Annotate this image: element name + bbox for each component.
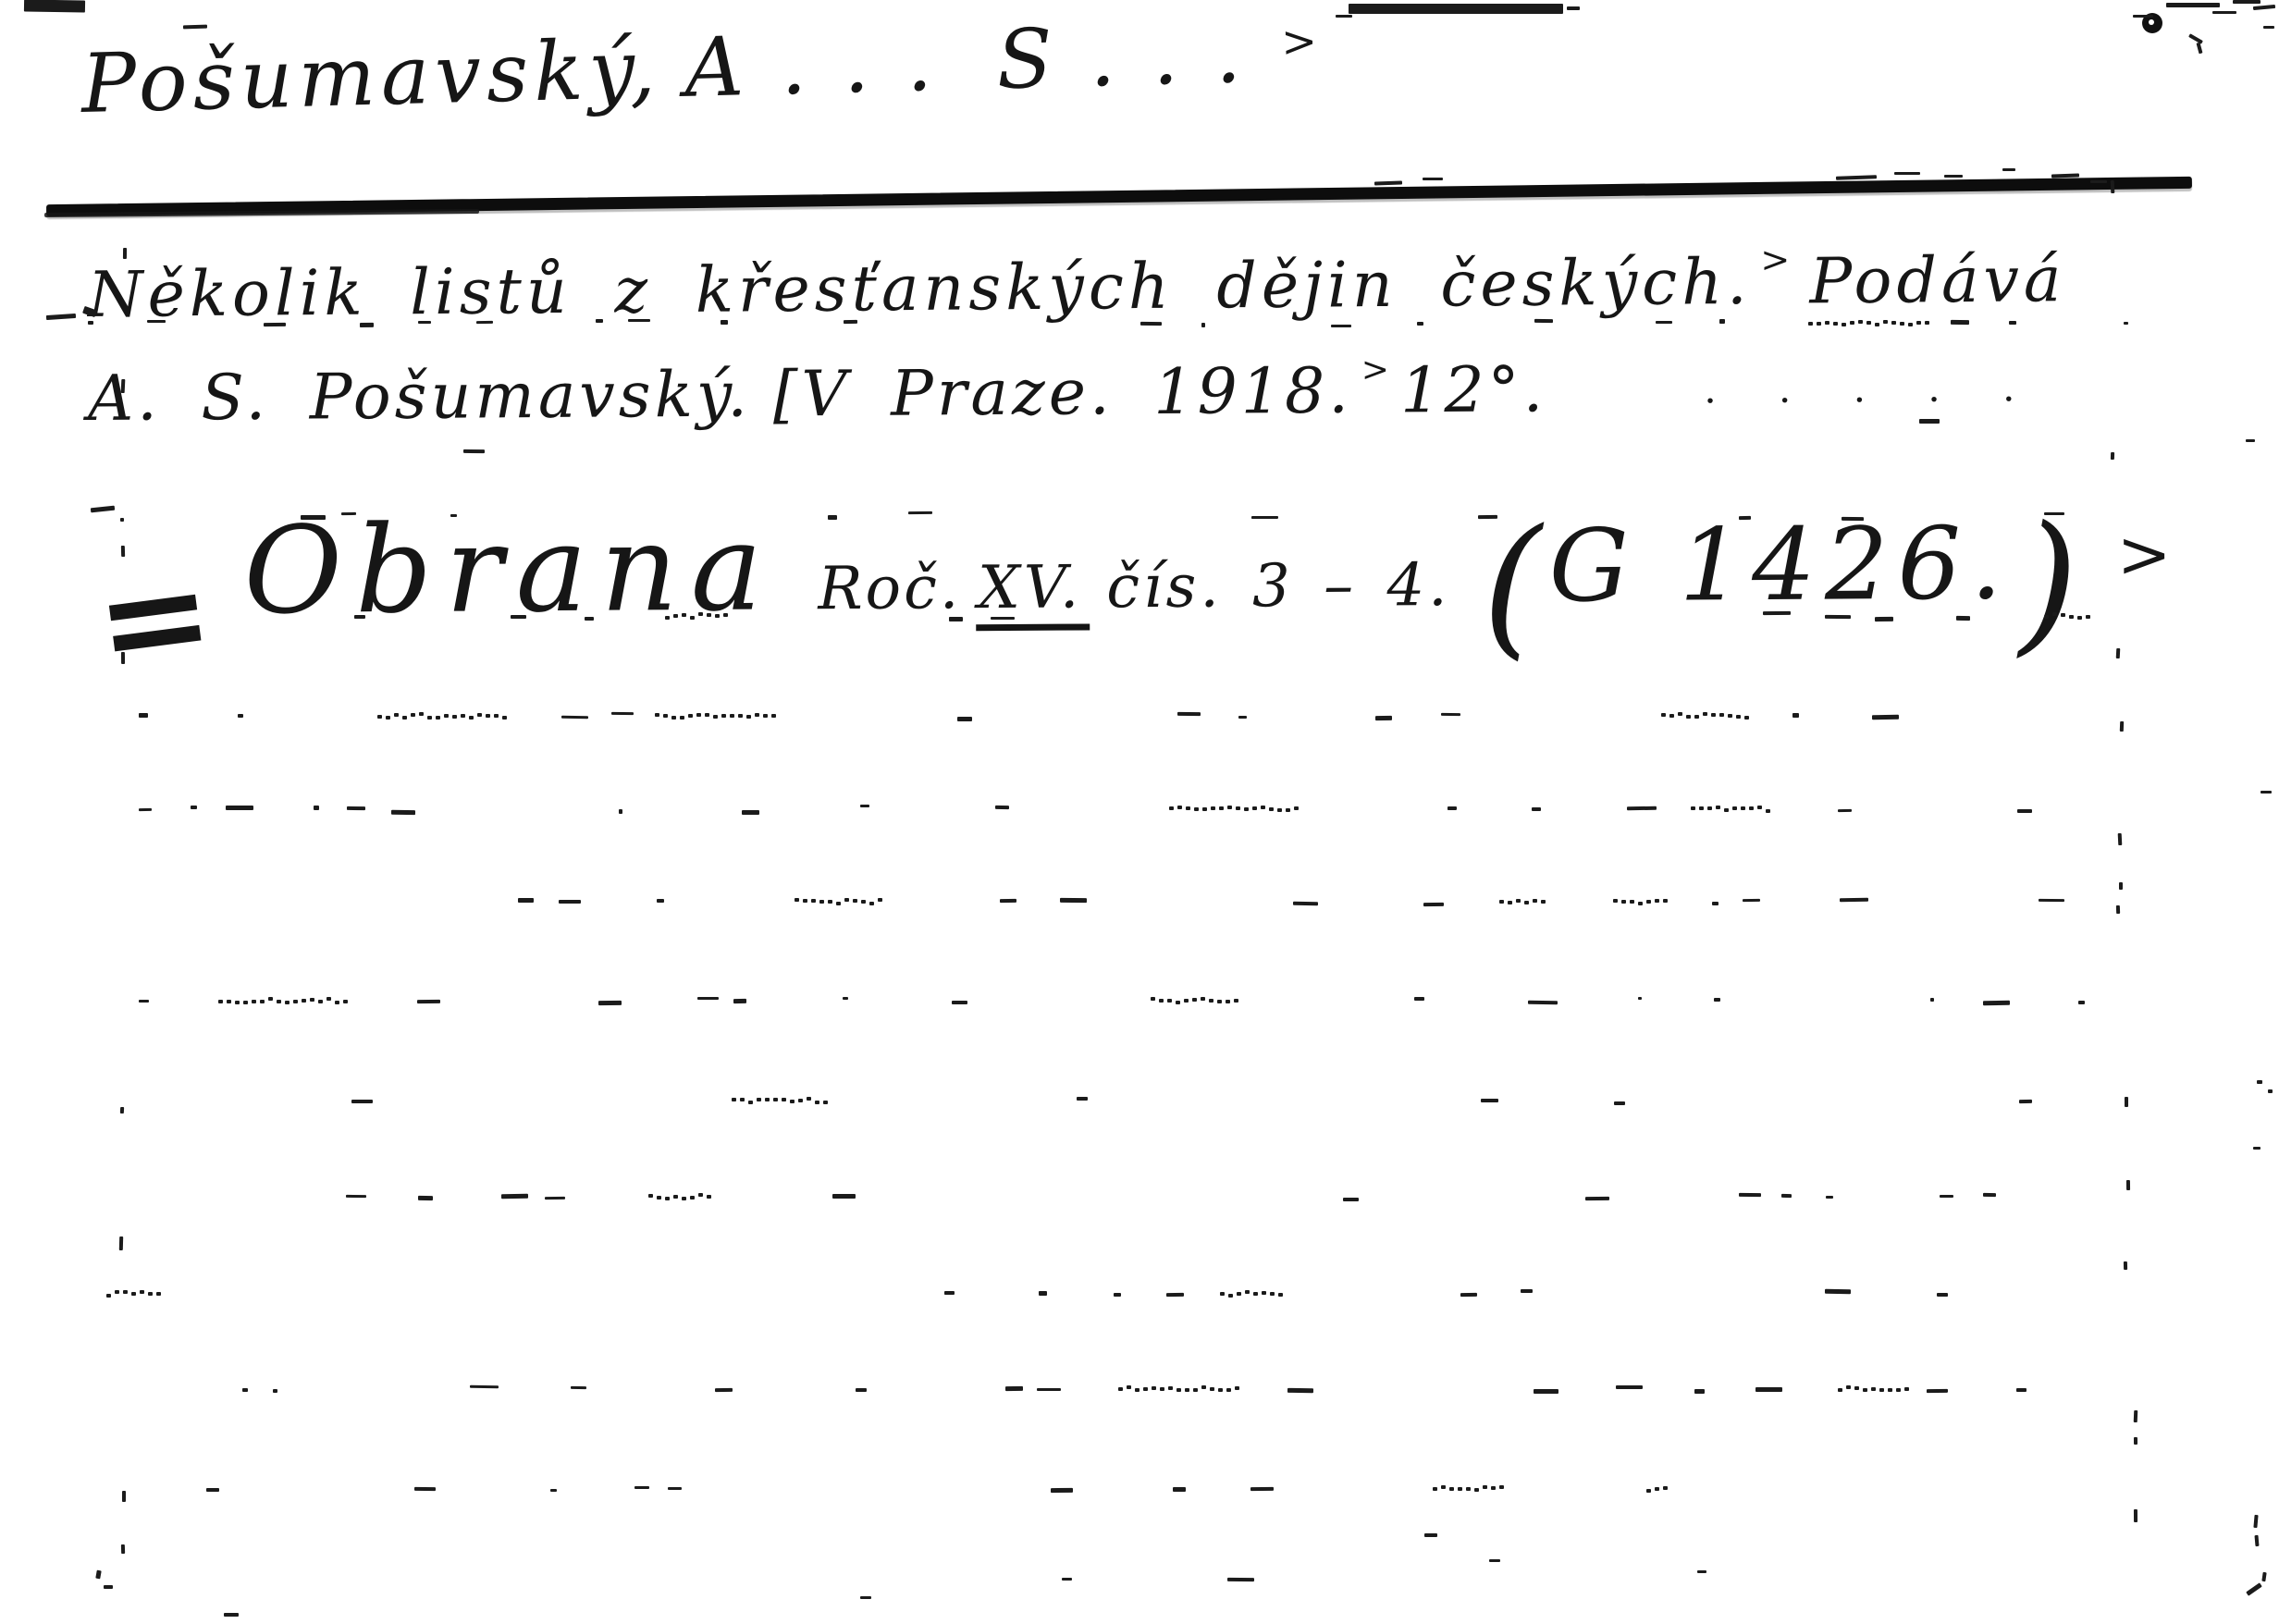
scan-dash [444, 714, 449, 718]
scan-dash [120, 1106, 124, 1113]
scan-dash [2090, 180, 2107, 183]
scan-dash [1251, 515, 1278, 518]
scan-dash [139, 999, 149, 1002]
scan-dash [1417, 321, 1423, 325]
scan-dash [1508, 901, 1512, 904]
scan-dash [1168, 1386, 1173, 1390]
scan-dash [123, 1290, 128, 1294]
scan-dash [120, 379, 125, 393]
scan-dash [1201, 997, 1205, 1001]
scan-dash [861, 900, 866, 904]
scan-dash [1842, 323, 1846, 326]
scan-dash [828, 900, 832, 904]
scan-dash [121, 1544, 125, 1554]
scan-dash [673, 1195, 678, 1199]
scan-dash [1904, 1387, 1909, 1391]
scan-dash [477, 713, 482, 717]
scan-dash [1567, 6, 1580, 10]
title-insert-mark: > [1760, 240, 1794, 280]
scan-dash [757, 1098, 761, 1101]
scan-dash [1744, 716, 1749, 720]
scan-dash [301, 515, 326, 520]
scan-dash [657, 1196, 661, 1200]
scan-dash [511, 615, 526, 619]
scan-dash [1441, 713, 1460, 716]
scan-dash [2261, 791, 2272, 794]
scan-dash [486, 714, 490, 718]
scan-dash [1262, 1291, 1266, 1295]
scan-dash [1077, 1097, 1088, 1101]
scan-dash [1160, 1387, 1164, 1391]
scan-dash [156, 1292, 161, 1296]
scan-dash [723, 613, 728, 617]
scan-dash [2002, 168, 2015, 171]
scan-dash [1678, 712, 1682, 716]
scan-dash [218, 1000, 223, 1003]
scan-dash [1252, 806, 1257, 810]
scan-dash [596, 319, 603, 323]
scan-dash [782, 1098, 786, 1101]
scan-dash [1336, 15, 1352, 18]
scan-dash [417, 1000, 440, 1003]
scan-dash [264, 323, 286, 326]
scan-dash [2254, 1535, 2259, 1546]
scan-dash [235, 1001, 240, 1004]
scan-dash [991, 617, 1015, 620]
author-statement: A. S. Pošumavský. [88, 359, 751, 436]
scan-dash [1114, 1293, 1121, 1297]
scan-dash [1516, 899, 1521, 903]
scan-dash [628, 319, 650, 322]
reference-insert-mark: > [2117, 516, 2172, 592]
scan-dash [1863, 1388, 1867, 1392]
scan-dash [705, 713, 709, 717]
scan-dash [1278, 1293, 1283, 1297]
scan-dash [2124, 1261, 2127, 1270]
scan-dash [1234, 999, 1238, 1003]
scan-dash [1896, 1388, 1901, 1392]
scan-dash [1474, 1488, 1479, 1492]
scan-dash [2019, 1100, 2032, 1103]
scan-dash [550, 1489, 557, 1492]
scan-dash [293, 1000, 298, 1003]
scan-dash [326, 997, 331, 1001]
scan-dash [1686, 715, 1691, 719]
scan-dash [1062, 1578, 1072, 1581]
scan-dash [121, 652, 125, 664]
scan-dash [1728, 714, 1732, 718]
scan-dash [2043, 512, 2063, 515]
scan-dash [115, 1290, 119, 1294]
scan-dash [740, 1098, 745, 1101]
scan-dash [121, 546, 125, 557]
scan-dash [1741, 806, 1745, 810]
scan-dash [318, 1000, 323, 1003]
scan-dash [2119, 721, 2123, 732]
scan-dash [715, 1388, 733, 1392]
trailing-dots: . . . . . [1704, 364, 2031, 412]
scan-dash [790, 1100, 795, 1103]
scan-dash [1940, 1195, 1953, 1198]
scan-dash [1423, 902, 1444, 905]
scan-dash [1763, 611, 1791, 615]
scan-dash [1177, 712, 1201, 716]
scan-dash [2124, 322, 2128, 325]
shelfmark-close-paren: ) [2018, 493, 2079, 671]
imprint-statement: [V Praze. 1918. [773, 355, 1353, 432]
scan-dash [427, 716, 432, 720]
scan-dash [1423, 178, 1443, 180]
scan-dash [721, 319, 728, 324]
scan-dash [502, 716, 507, 720]
scan-dash [95, 1570, 101, 1580]
scan-dash [1481, 1099, 1498, 1102]
scan-dash [690, 1196, 695, 1200]
scan-dash [707, 613, 711, 617]
scan-dash [1951, 320, 1969, 325]
scan-dash [24, 0, 85, 13]
scan-dash [418, 1195, 433, 1200]
title-line: Několik listů z křesťanských dějin český… [88, 238, 2066, 332]
scan-dash [1724, 808, 1729, 812]
scan-dash [1152, 1386, 1156, 1390]
scan-dash [732, 1098, 736, 1101]
scan-dash [2233, 0, 2261, 4]
scan-dash [2268, 1089, 2273, 1093]
scan-dash [402, 716, 407, 720]
scan-dash [1051, 1488, 1073, 1493]
scan-dash [2263, 26, 2274, 29]
heading-initial-a: A . . . [684, 14, 939, 116]
scan-dash [1585, 1197, 1609, 1200]
scan-dash [1840, 897, 1868, 901]
scan-dash [1192, 998, 1197, 1002]
heading-row: Pošumavský,A . . .S . . .> [80, 5, 1324, 130]
scan-dash [1749, 806, 1754, 810]
scan-dash [1732, 806, 1737, 810]
scan-dash [1956, 616, 1971, 621]
scan-dash [707, 1195, 711, 1199]
scan-dash [853, 899, 857, 903]
scan-dash [1140, 322, 1162, 326]
scan-dash [360, 323, 374, 327]
scan-dash [856, 1387, 867, 1392]
scan-dash [1261, 806, 1265, 809]
scan-dash [1694, 715, 1699, 719]
scan-dash [1039, 1291, 1047, 1296]
scan-dash [682, 613, 686, 617]
scan-dash [771, 714, 776, 718]
scan-dash [1185, 1388, 1189, 1392]
scan-dash [1478, 515, 1497, 519]
scan-dash [1151, 997, 1155, 1001]
scan-dash [561, 716, 588, 720]
scan-dash [1646, 1489, 1651, 1493]
scan-dash [2116, 905, 2120, 914]
scan-dash [461, 714, 465, 718]
scan-dash [611, 711, 634, 715]
scan-dash [1219, 806, 1224, 810]
scan-dash [2134, 1409, 2138, 1421]
scan-dash [1655, 1487, 1659, 1491]
scan-dash [238, 714, 243, 718]
scan-dash [1277, 808, 1282, 812]
scan-dash [1237, 1292, 1241, 1296]
scan-dash [1218, 1388, 1223, 1392]
scan-dash [1983, 1001, 2010, 1005]
scan-dash [773, 1098, 778, 1101]
scan-dash [391, 809, 415, 814]
scan-dash [1691, 806, 1695, 810]
scan-dash [1527, 1001, 1557, 1005]
scan-dash [1891, 321, 1896, 325]
scan-dash [1270, 1292, 1275, 1296]
scan-dash [2077, 616, 2082, 620]
scan-dash [518, 898, 534, 903]
scan-dash [1414, 997, 1424, 1001]
scan-dash [738, 714, 743, 718]
scan-dash [1226, 1388, 1231, 1392]
scan-dash [944, 1291, 955, 1295]
scan-dash [1663, 899, 1668, 903]
scan-dash [1060, 898, 1087, 903]
scan-dash [1449, 1487, 1454, 1491]
scan-dash [1293, 902, 1318, 905]
scan-dash [815, 1101, 819, 1104]
scan-dash [665, 616, 670, 620]
statement-of-responsibility: Podává [1809, 243, 2066, 318]
scan-dash [1879, 1388, 1884, 1392]
scan-dash [811, 899, 816, 903]
scan-dash [663, 714, 668, 718]
scan-dash [2111, 180, 2115, 193]
scan-dash [1736, 715, 1741, 719]
scan-dash [1433, 1487, 1437, 1491]
scan-dash [730, 714, 734, 718]
scan-dash [1663, 1486, 1668, 1490]
scan-dash [1037, 1388, 1061, 1391]
scan-dash [1743, 899, 1760, 903]
scan-dash [1211, 806, 1215, 810]
title-text: Několik listů z křesťanských dějin český… [88, 246, 1752, 332]
scan-dash [619, 809, 622, 814]
scan-dash [1235, 1386, 1239, 1390]
scan-dash [191, 806, 197, 809]
scan-dash [1202, 807, 1207, 811]
scan-dash [698, 612, 703, 616]
scan-dash [713, 715, 718, 719]
scan-dash [1521, 1289, 1533, 1293]
scan-dash [1627, 806, 1657, 811]
scan-dash [419, 712, 424, 716]
scan-dash [819, 900, 824, 904]
scan-dash [386, 716, 390, 720]
scan-dash [2246, 1582, 2262, 1595]
scan-dash [394, 713, 399, 717]
scan-dash [748, 1101, 753, 1104]
scan-dash [1201, 1385, 1206, 1389]
heading-initial-s: S . . . [995, 6, 1248, 107]
scan-dash [1343, 1198, 1359, 1201]
scan-dash [742, 810, 759, 815]
scan-dash [952, 1001, 967, 1004]
scan-dash [690, 616, 695, 620]
scan-dash [139, 808, 152, 811]
scan-dash [2133, 15, 2153, 18]
scan-dash [665, 1197, 670, 1200]
scan-dash [1135, 1388, 1139, 1392]
scan-dash [657, 899, 664, 903]
scan-dash [1638, 997, 1642, 1000]
scan-dash [1238, 716, 1247, 719]
scan-dash [1703, 712, 1707, 716]
scan-dash [2257, 1080, 2262, 1084]
scan-dash [450, 514, 457, 518]
scan-dash [1210, 1387, 1214, 1391]
scan-dash [148, 1292, 153, 1296]
scan-dash [1534, 319, 1553, 323]
scan-dash [715, 614, 720, 618]
scan-dash [88, 321, 93, 325]
scan-dash [1842, 516, 1864, 520]
scan-dash [1541, 900, 1546, 904]
scan-dash [1374, 180, 1402, 185]
scan-dash [2134, 1509, 2137, 1522]
scan-dash [1201, 323, 1205, 327]
scan-dash [1817, 322, 1821, 326]
imprint-insert-mark: > [1361, 351, 1393, 388]
scan-dash [2009, 321, 2016, 325]
scan-dash [721, 714, 726, 718]
scan-dash [122, 1491, 126, 1503]
scan-dash [2212, 11, 2236, 14]
scan-dash [1460, 1293, 1477, 1298]
scan-dash [828, 515, 837, 520]
scan-dash [119, 1236, 123, 1250]
scan-dash [844, 320, 857, 324]
scan-dash [1447, 806, 1457, 811]
scan-dash [1294, 806, 1299, 810]
scan-dash [1118, 1387, 1123, 1391]
scan-dash [1925, 321, 1929, 325]
scan-dash [1176, 1388, 1181, 1392]
scan-dash [1646, 900, 1651, 904]
scan-dash [1483, 1485, 1487, 1489]
scan-dash [1694, 1389, 1705, 1394]
scan-dash [671, 716, 676, 720]
scan-dash [765, 1098, 770, 1101]
scan-dash [2125, 1097, 2128, 1107]
scan-dash [2111, 452, 2114, 460]
scan-dash [242, 1388, 248, 1392]
scan-dash [1331, 324, 1351, 326]
scan-dash [1244, 807, 1249, 811]
scan-dash [1159, 999, 1164, 1003]
scan-dash [957, 717, 972, 721]
scan-dash [1466, 1487, 1471, 1491]
scan-dash [585, 617, 594, 621]
scan-dash [120, 518, 124, 522]
scan-dash [1883, 320, 1888, 324]
scan-dash [1919, 419, 1940, 424]
scan-dash [1186, 806, 1190, 810]
scan-dash [1499, 1485, 1504, 1489]
scan-dash [1846, 1385, 1851, 1389]
scan-dash [1005, 1385, 1023, 1390]
scan-dash [494, 714, 499, 718]
scan-dash [1286, 808, 1290, 812]
scan-dash [2016, 1388, 2026, 1392]
scan-dash [559, 900, 581, 904]
scan-dash [1900, 322, 1904, 326]
scan-dash [2253, 1515, 2258, 1528]
scan-dash [733, 999, 746, 1003]
scan-dash [1250, 1487, 1274, 1491]
scan-dash [2017, 809, 2032, 814]
scan-dash [243, 1001, 248, 1004]
scan-dash [1184, 999, 1189, 1003]
scan-dash [104, 1585, 113, 1589]
scan-dash [860, 1596, 871, 1599]
scan-dash [1458, 1487, 1462, 1491]
scan-dash [1875, 323, 1879, 326]
scan-dash [1833, 322, 1838, 326]
scan-dash [1000, 899, 1016, 903]
scan-dash [795, 898, 799, 902]
scan-dash [1825, 321, 1829, 325]
scan-dash [878, 898, 882, 902]
scan-dash [351, 1100, 373, 1103]
scan-dash [1755, 1387, 1782, 1392]
scan-dash [139, 713, 148, 718]
scan-dash [1894, 172, 1920, 175]
scan-dash [1177, 806, 1182, 809]
scan-dash [1630, 900, 1634, 904]
scan-dash [226, 806, 253, 810]
scan-dash [1441, 1485, 1446, 1489]
scan-dash [1169, 806, 1174, 810]
scan-dash [1739, 1193, 1761, 1197]
scan-dash [224, 1613, 239, 1617]
scan-dash [1613, 899, 1618, 903]
scan-dash [1719, 713, 1724, 717]
scan-dash [755, 713, 759, 717]
format-statement: 12°. [1400, 353, 1547, 427]
scan-dash [2069, 615, 2074, 619]
scan-dash [377, 715, 382, 719]
scan-dash [1194, 807, 1199, 811]
scan-dash [697, 997, 719, 1000]
scan-dash [798, 1099, 803, 1102]
scan-dash [1167, 999, 1172, 1003]
scan-dash [1908, 323, 1913, 326]
scan-dash [1491, 1486, 1496, 1490]
scan-dash [2117, 833, 2122, 846]
scan-dash [1253, 1292, 1258, 1296]
scan-dash [1176, 1001, 1180, 1004]
author-line: A. S. Pošumavský.[V Praze. 1918.>12°.. .… [88, 347, 2032, 436]
scan-dash [1193, 1388, 1198, 1392]
scan-dash [1616, 1385, 1643, 1389]
scan-dash [1850, 321, 1854, 325]
scan-dash [1944, 175, 1963, 178]
scan-dash [1656, 321, 1672, 324]
scan-dash [1349, 4, 1563, 14]
scan-dash [1534, 1389, 1558, 1394]
scan-dash [844, 898, 849, 902]
scan-dash [1227, 1578, 1254, 1581]
scan-dash [1669, 714, 1674, 718]
